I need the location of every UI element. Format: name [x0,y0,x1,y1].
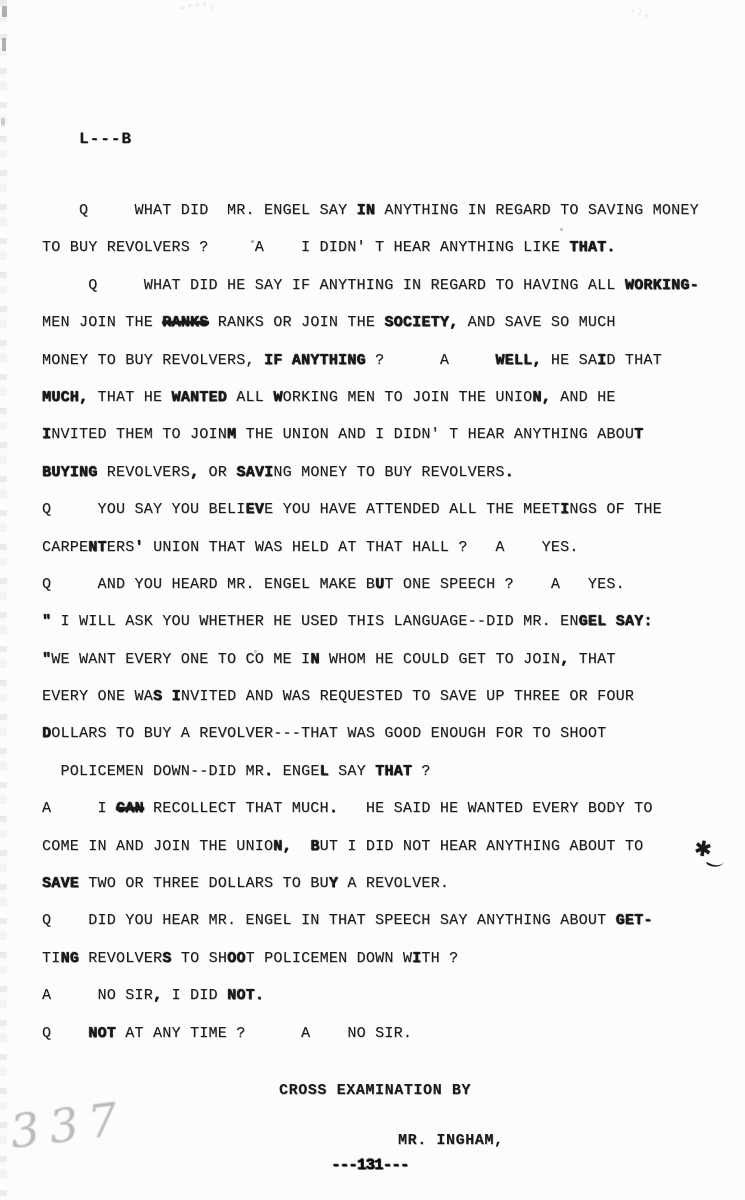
transcript-line: TO BUY REVOLVERS ? A I DIDN' T HEAR ANYT… [42,229,732,266]
transcript-line: Q NOT AT ANY TIME ? A NO SIR. [42,1015,732,1052]
transcript-line: MUCH, THAT HE WANTED ALL WORKING MEN TO … [42,379,732,416]
transcript-line: A NO SIR, I DID NOT. [42,977,732,1014]
transcript-line: INVITED THEM TO JOINM THE UNION AND I DI… [42,416,732,453]
transcript-line: MONEY TO BUY REVOLVERS, IF ANYTHING ? A … [42,342,732,379]
transcript-body: Q WHAT DID MR. ENGEL SAY IN ANYTHING IN … [42,192,732,1052]
transcript-line: Q WHAT DID HE SAY IF ANYTHING IN REGARD … [42,267,732,304]
attorney-name: MR. INGHAM, [398,1132,504,1149]
transcript-line: CARPENTERS' UNION THAT WAS HELD AT THAT … [42,529,732,566]
transcript-line: DOLLARS TO BUY A REVOLVER---THAT WAS GOO… [42,715,732,752]
cross-examination-heading: CROSS EXAMINATION BY [279,1082,471,1099]
scan-speck [2,38,6,51]
page-number: ---131--- [331,1156,408,1174]
transcript-line: A I CAN RECOLLECT THAT MUCH. HE SAID HE … [42,790,732,827]
transcript-line: " I WILL ASK YOU WHETHER HE USED THIS LA… [42,603,732,640]
handwritten-page-number: 337 [7,1091,131,1159]
transcript-line: BUYING REVOLVERS, OR SAVING MONEY TO BUY… [42,454,732,491]
transcript-line: Q WHAT DID MR. ENGEL SAY IN ANYTHING IN … [42,192,732,229]
transcript-line: COME IN AND JOIN THE UNION, BUT I DID NO… [42,828,732,865]
pencil-smudge: ·:, [629,6,653,20]
transcript-line: "WE WANT EVERY ONE TO CO ME IN WHOM HE C… [42,641,732,678]
scan-speck [2,6,7,17]
transcript-line: SAVE TWO OR THREE DOLLARS TO BUY A REVOL… [42,865,732,902]
transcript-line: Q AND YOU HEARD MR. ENGEL MAKE BUT ONE S… [42,566,732,603]
page-header-label: L---B [79,130,132,148]
scan-edge-artifact [0,0,7,1200]
pencil-smudge: ~''': [180,2,218,15]
scanned-transcript-page: { "page": { "header_label": "L---B", "ha… [0,0,745,1200]
scan-speck [1,118,5,126]
transcript-line: Q YOU SAY YOU BELIEVE YOU HAVE ATTENDED … [42,491,732,528]
transcript-line: Q DID YOU HEAR MR. ENGEL IN THAT SPEECH … [42,902,732,939]
handwritten-mark: ✱ [693,831,714,866]
transcript-line: TING REVOLVERS TO SHOOT POLICEMEN DOWN W… [42,940,732,977]
transcript-line: MEN JOIN THE RANKS RANKS OR JOIN THE SOC… [42,304,732,341]
transcript-line: POLICEMEN DOWN--DID MR. ENGEL SAY THAT ? [42,753,732,790]
transcript-line: EVERY ONE WAS INVITED AND WAS REQUESTED … [42,678,732,715]
asterisk-mark: ✱ [693,834,713,866]
